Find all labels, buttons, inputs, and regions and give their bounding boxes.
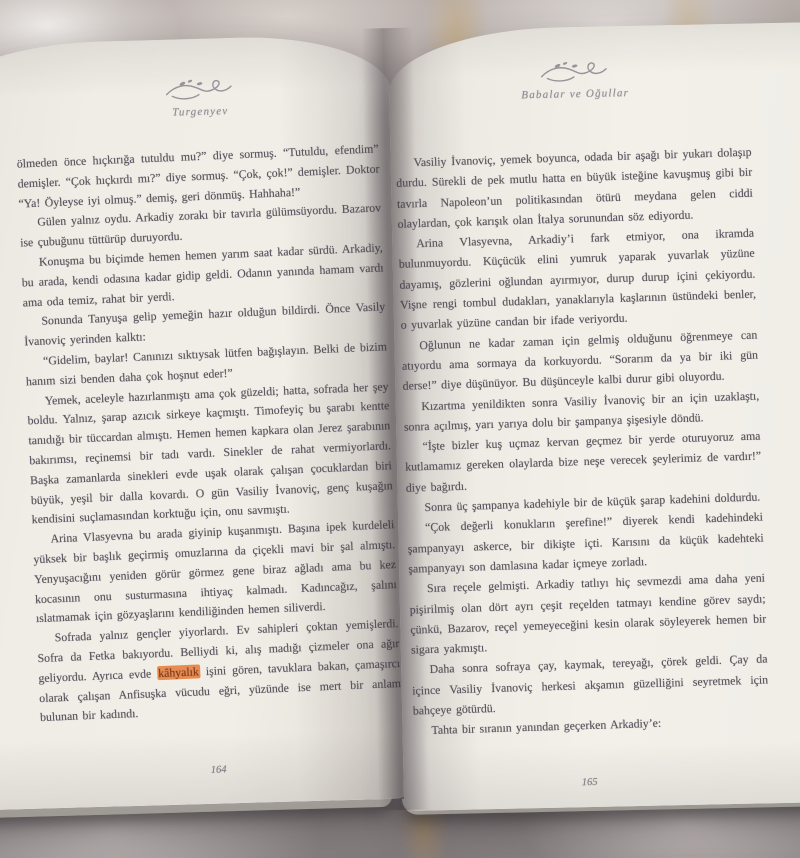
text-run: Yemek, aceleyle hazırlanmıştı ama çok gü… — [27, 379, 393, 527]
paragraph: Arina Vlasyevna, Arkadiy’i fark etmiyor,… — [398, 223, 757, 336]
text-run: “İşte bizler kuş uçmaz kervan geçmez bir… — [405, 429, 761, 495]
right-page: Babalar ve Oğullar Vasiliy İvanoviç, yem… — [388, 21, 800, 811]
text-run: Arina Vlasyevna bu arada giyinip kuşanmı… — [33, 517, 397, 625]
right-page-number: 165 — [412, 773, 768, 791]
text-run: Konuşma bu biçimde hemen hemen yarım saa… — [22, 240, 384, 309]
paragraph: Yemek, aceleyle hazırlanmıştı ama çok gü… — [26, 377, 393, 531]
left-page-text: ölmeden önce hıçkırığa tutuldu mu?” diye… — [16, 139, 402, 728]
text-run: “Çok değerli konukların şerefine!” diyer… — [408, 510, 764, 576]
left-page-number: 164 — [38, 760, 400, 781]
text-run: Sıra reçele gelmişti. Arkadiy tatlıyı hi… — [409, 571, 766, 657]
text-run: ölmeden önce hıçkırığa tutuldu mu?” diye… — [17, 141, 380, 210]
paragraph: “Çok değerli konukların şerefine!” diyer… — [407, 507, 765, 579]
text-run: Arina Vlasyevna, Arkadiy’i fark etmiyor,… — [399, 226, 757, 332]
text-run: işini gören, tavuklara bakan, çamaşırcı … — [39, 656, 401, 725]
left-page: Turgenyev ölmeden önce hıçkırığa tutuldu… — [0, 34, 411, 812]
photo-background-carpet: Turgenyev ölmeden önce hıçkırığa tutuldu… — [0, 0, 800, 858]
text-run: Vasiliy İvanoviç, yemek boyunca, odada b… — [396, 145, 753, 231]
flourish-ornament-icon — [537, 58, 614, 86]
flourish-ornament-icon — [161, 76, 238, 104]
paragraph: Sofrada yalnız gençler yiyorlardı. Ev sa… — [36, 614, 402, 728]
right-page-text: Vasiliy İvanoviç, yemek boyunca, odada b… — [395, 142, 769, 742]
paragraph: Daha sonra sofraya çay, kaymak, tereyağı… — [411, 649, 769, 721]
right-page-header: Babalar ve Oğullar — [397, 55, 754, 103]
paragraph: Sıra reçele gelmişti. Arkadiy tatlıyı hi… — [409, 568, 767, 660]
running-header-author: Turgenyev — [19, 101, 381, 123]
running-header-book-title: Babalar ve Oğullar — [397, 84, 753, 103]
text-run: Oğlunun ne kadar zaman için gelmiş olduğ… — [402, 327, 758, 393]
highlighted-word: kâhyalık — [157, 664, 200, 680]
paragraph: Arina Vlasyevna bu arada giyinip kuşanmı… — [32, 515, 398, 629]
paragraph: Oğlunun ne kadar zaman için gelmiş olduğ… — [401, 324, 759, 396]
left-page-header: Turgenyev — [18, 72, 381, 123]
text-run: Daha sonra sofraya çay, kaymak, tereyağı… — [412, 652, 768, 718]
text-run: Tahta bir sıranın yanından geçerken Arka… — [431, 716, 661, 737]
paragraph: “İşte bizler kuş uçmaz kervan geçmez bir… — [404, 426, 762, 498]
paragraph: Vasiliy İvanoviç, yemek boyunca, odada b… — [395, 142, 753, 234]
